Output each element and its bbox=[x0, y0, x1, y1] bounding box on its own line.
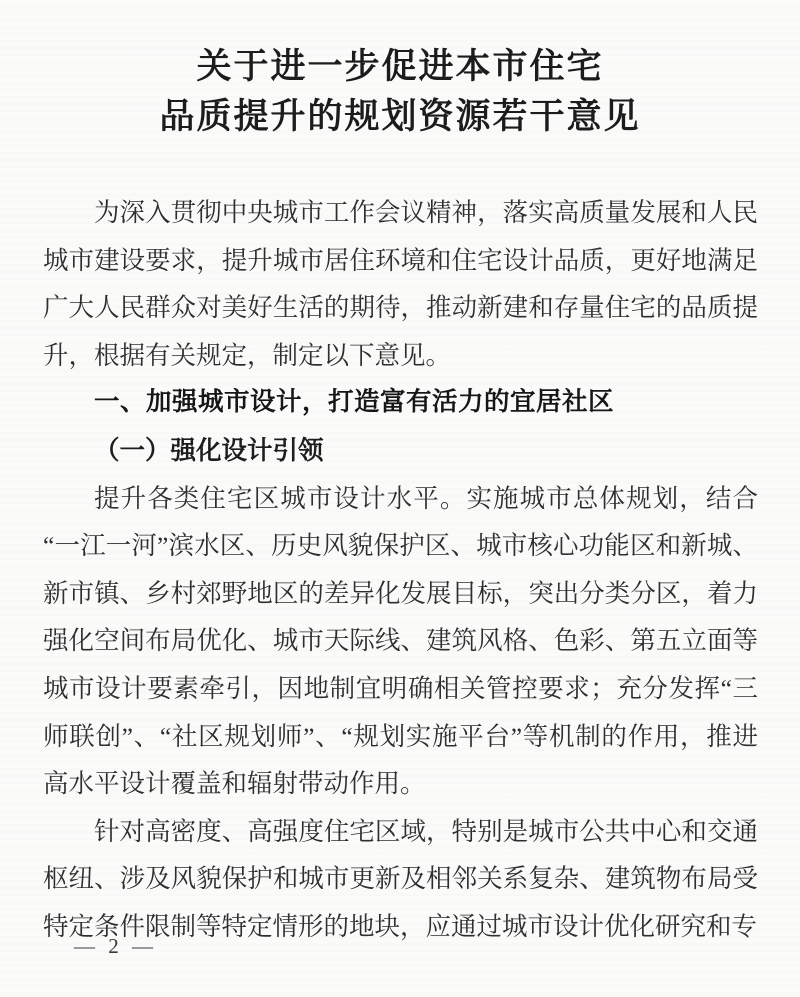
section-heading-level-2: （一）强化设计引领 bbox=[43, 427, 758, 475]
document-title-line-1: 关于进一步促进本市住宅 bbox=[0, 42, 800, 92]
paragraph-high-density: 针对高密度、高强度住宅区域，特别是城市公共中心和交通枢纽、涉及风貌保护和城市更新… bbox=[43, 808, 758, 951]
page-number: — 2 — bbox=[74, 934, 157, 959]
document-title-line-2: 品质提升的规划资源若干意见 bbox=[0, 92, 800, 142]
section-heading-level-1: 一、加强城市设计，打造富有活力的宜居社区 bbox=[43, 379, 758, 427]
scanned-document-page: 关于进一步促进本市住宅 品质提升的规划资源若干意见 为深入贯彻中央城市工作会议精… bbox=[0, 0, 800, 997]
paragraph-design-guidance: 提升各类住宅区城市设计水平。实施城市总体规划，结合“一江一河”滨水区、历史风貌保… bbox=[43, 475, 758, 808]
paragraph-intro: 为深入贯彻中央城市工作会议精神，落实高质量发展和人民城市建设要求，提升城市居住环… bbox=[43, 189, 758, 379]
document-title: 关于进一步促进本市住宅 品质提升的规划资源若干意见 bbox=[0, 42, 800, 142]
document-body: 为深入贯彻中央城市工作会议精神，落实高质量发展和人民城市建设要求，提升城市居住环… bbox=[43, 189, 758, 951]
